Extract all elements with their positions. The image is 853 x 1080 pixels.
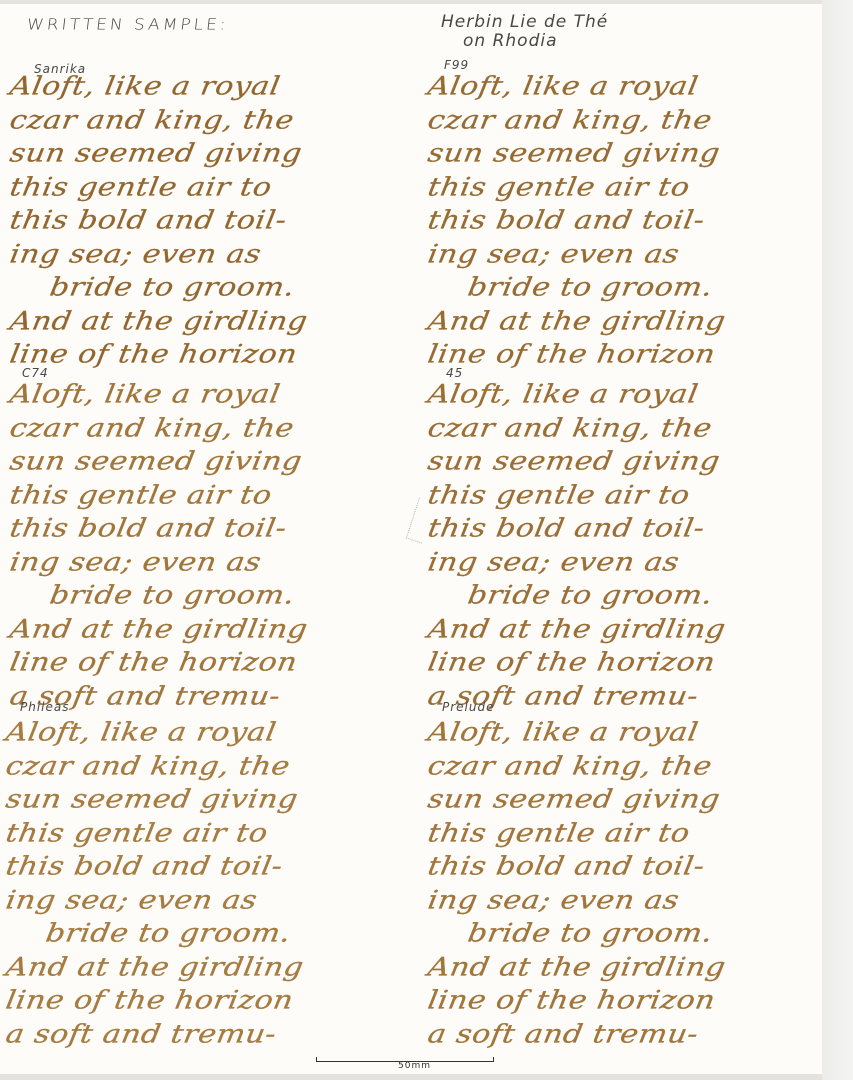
ink-line: Aloft, like a royal xyxy=(426,719,831,747)
ink-line: Aloft, like a royal xyxy=(4,719,409,747)
ink-line: a soft and tremu- xyxy=(4,1020,409,1048)
scale-bar-label: 50mm xyxy=(398,1061,431,1071)
ink-line: sun seemed giving xyxy=(426,448,831,476)
writing-sample-block: Aloft, like a royal czar and king, the s… xyxy=(428,716,828,1051)
ink-line: sun seemed giving xyxy=(426,786,831,814)
ink-line: this bold and toil- xyxy=(426,515,831,543)
document-title: WRITTEN SAMPLE: xyxy=(26,16,230,34)
ink-line: sun seemed giving xyxy=(8,140,413,168)
ink-line: ing sea; even as xyxy=(8,240,413,268)
ink-line: czar and king, the xyxy=(8,414,413,442)
ink-line: this gentle air to xyxy=(8,481,413,509)
ink-line: ing sea; even as xyxy=(4,886,409,914)
ink-line: czar and king, the xyxy=(426,752,831,780)
ink-line: this gentle air to xyxy=(8,173,413,201)
ink-line: czar and king, the xyxy=(4,752,409,780)
ink-line: bride to groom. xyxy=(8,582,413,610)
writing-sample-block: Aloft, like a royal czar and king, the s… xyxy=(428,378,828,713)
writing-sample-block: Aloft, like a royal czar and king, the s… xyxy=(10,70,410,372)
ink-line: Aloft, like a royal xyxy=(8,73,413,101)
ink-name: Herbin Lie de Thé xyxy=(441,12,608,32)
ink-line: line of the horizon xyxy=(8,341,413,369)
ink-line: czar and king, the xyxy=(8,106,413,134)
sample-label: Phileas xyxy=(20,700,70,714)
ink-line: sun seemed giving xyxy=(4,786,409,814)
ink-line: line of the horizon xyxy=(426,987,831,1015)
ink-and-paper-note: Herbin Lie de Thé on Rhodia xyxy=(441,13,608,51)
ink-line: line of the horizon xyxy=(426,341,831,369)
ink-line: And at the girdling xyxy=(8,307,413,335)
ink-line: this bold and toil- xyxy=(426,207,831,235)
ink-line: this bold and toil- xyxy=(8,207,413,235)
ink-line: line of the horizon xyxy=(4,987,409,1015)
ink-line: And at the girdling xyxy=(426,615,831,643)
ink-line: And at the girdling xyxy=(426,953,831,981)
writing-sample-block: Aloft, like a royal czar and king, the s… xyxy=(10,378,410,713)
ink-line: bride to groom. xyxy=(426,582,831,610)
ink-line: And at the girdling xyxy=(4,953,409,981)
ink-line: bride to groom. xyxy=(8,274,413,302)
ink-line: this gentle air to xyxy=(426,819,831,847)
scanner-bottom-edge xyxy=(0,1074,822,1080)
ink-line: bride to groom. xyxy=(426,920,831,948)
ink-line: this bold and toil- xyxy=(8,515,413,543)
ink-line: this bold and toil- xyxy=(426,853,831,881)
ink-line: this gentle air to xyxy=(4,819,409,847)
ink-line: czar and king, the xyxy=(426,106,831,134)
ink-line: a soft and tremu- xyxy=(426,1020,831,1048)
ink-line: line of the horizon xyxy=(8,649,413,677)
ink-line: this gentle air to xyxy=(426,481,831,509)
ink-line: Aloft, like a royal xyxy=(426,73,831,101)
ink-line: ing sea; even as xyxy=(426,886,831,914)
ink-line: ing sea; even as xyxy=(426,548,831,576)
paper-name: on Rhodia xyxy=(441,32,608,51)
ink-line: Aloft, like a royal xyxy=(426,381,831,409)
ink-line: sun seemed giving xyxy=(426,140,831,168)
ink-line: czar and king, the xyxy=(426,414,831,442)
ink-line: sun seemed giving xyxy=(8,448,413,476)
ink-line: bride to groom. xyxy=(426,274,831,302)
ink-line: And at the girdling xyxy=(8,615,413,643)
ink-line: ing sea; even as xyxy=(8,548,413,576)
ink-line: this gentle air to xyxy=(426,173,831,201)
sample-label: Prelude xyxy=(442,700,495,714)
ink-line: Aloft, like a royal xyxy=(8,381,413,409)
writing-sample-block: Aloft, like a royal czar and king, the s… xyxy=(6,716,406,1051)
ink-line: ing sea; even as xyxy=(426,240,831,268)
ink-line: And at the girdling xyxy=(426,307,831,335)
ink-line: line of the horizon xyxy=(426,649,831,677)
ink-line: this bold and toil- xyxy=(4,853,409,881)
ink-line: bride to groom. xyxy=(4,920,409,948)
paper-sheet: WRITTEN SAMPLE: Herbin Lie de Thé on Rho… xyxy=(0,4,822,1074)
writing-sample-block: Aloft, like a royal czar and king, the s… xyxy=(428,70,828,372)
